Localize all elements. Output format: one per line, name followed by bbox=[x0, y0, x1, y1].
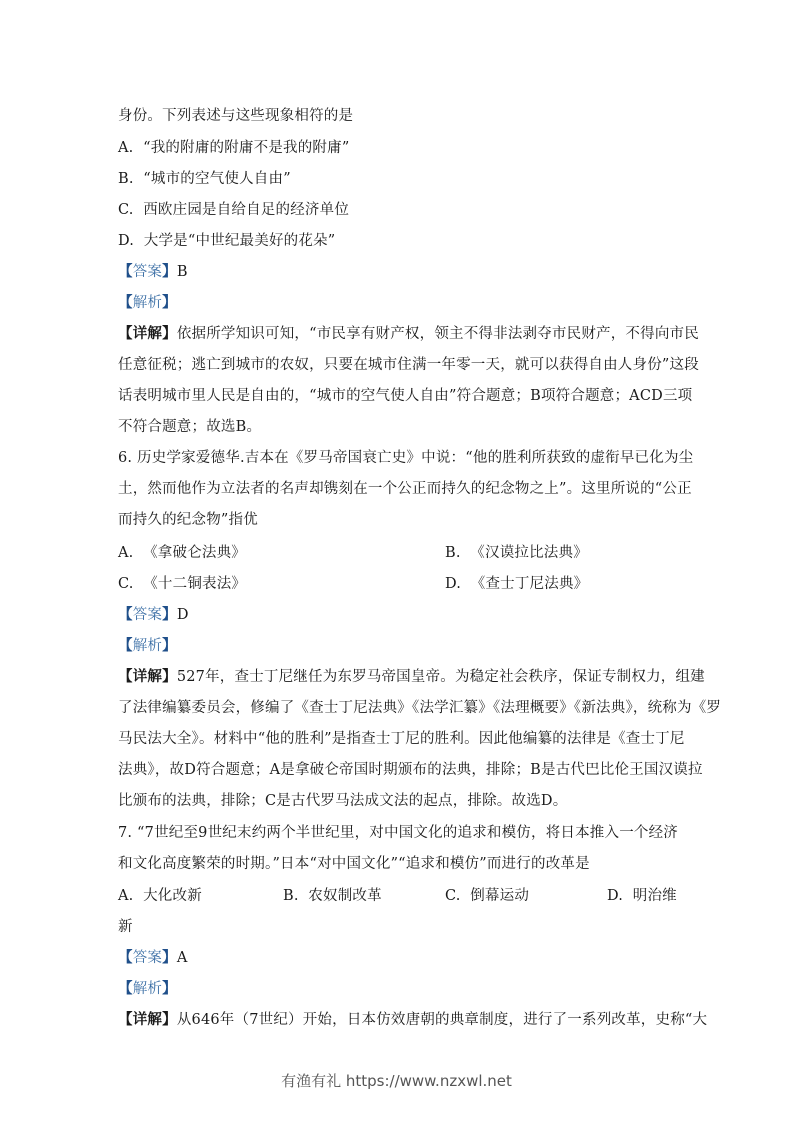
q6-detail-line-4: 法典》，故D符合题意；A是拿破仑帝国时期颁布的法典，排除；B是古代巴比伦王国汉谟… bbox=[118, 758, 703, 779]
question-6-stem-line-1: 6. 历史学家爱德华.吉本在《罗马帝国衰亡史》中说：“他的胜利所获致的虚衔早已化… bbox=[118, 446, 693, 467]
q6-option-c: C. 《十二铜表法》 bbox=[118, 572, 246, 593]
q6-detail-line-1: 【详解】527年，查士丁尼继任为东罗马帝国皇帝。为稳定社会秩序，保证专制权力，组… bbox=[118, 665, 705, 686]
q5-answer: 【答案】B bbox=[118, 260, 188, 281]
q5-option-a: A. “我的附庸的附庸不是我的附庸” bbox=[118, 136, 349, 157]
q7-option-d-wrap: 新 bbox=[118, 915, 133, 936]
q7-option-b: B. 农奴制改革 bbox=[283, 884, 382, 905]
q6-answer: 【答案】D bbox=[118, 603, 189, 624]
question-6-stem-line-2: 土，然而他作为立法者的名声却镌刻在一个公正而持久的纪念物之上”。这里所说的“公正 bbox=[118, 477, 692, 498]
question-6-stem-line-3: 而持久的纪念物”指优 bbox=[118, 508, 258, 529]
footer-watermark: 有渔有礼 https://www.nzxwl.net bbox=[0, 1070, 793, 1091]
q5-option-b: B. “城市的空气使人自由” bbox=[118, 167, 291, 188]
q7-detail-line-1: 【详解】从646年（7世纪）开始，日本仿效唐朝的典章制度，进行了一系列改革，史称… bbox=[118, 1008, 707, 1029]
q6-option-a: A. 《拿破仑法典》 bbox=[118, 541, 246, 562]
q5-option-d: D. 大学是“中世纪最美好的花朵” bbox=[118, 229, 335, 250]
q6-option-b: B. 《汉谟拉比法典》 bbox=[445, 541, 588, 562]
q7-option-a: A. 大化改新 bbox=[118, 884, 202, 905]
question-7-stem-line-1: 7. “7世纪至9世纪末约两个半世纪里，对中国文化的追求和模仿，将日本推入一个经… bbox=[118, 821, 678, 842]
question-5-stem: 身份。下列表述与这些现象相符的是 bbox=[118, 104, 353, 125]
q6-analysis-label: 【解析】 bbox=[118, 634, 177, 655]
q5-detail-line-4: 不符合题意；故选B。 bbox=[118, 415, 261, 436]
document-page: 身份。下列表述与这些现象相符的是 A. “我的附庸的附庸不是我的附庸” B. “… bbox=[0, 0, 793, 1122]
question-7-stem-line-2: 和文化高度繁荣的时期。”日本“对中国文化”“追求和模仿”而进行的改革是 bbox=[118, 852, 590, 873]
q5-analysis-label: 【解析】 bbox=[118, 291, 177, 312]
q6-detail-line-2: 了法律编纂委员会，修编了《查士丁尼法典》《法学汇纂》《法理概要》《新法典》，统称… bbox=[118, 696, 721, 717]
q7-option-c: C. 倒幕运动 bbox=[445, 884, 529, 905]
q6-detail-line-3: 马民法大全》。材料中“他的胜利”是指查士丁尼的胜利。因此他编纂的法律是《查士丁尼 bbox=[118, 727, 685, 748]
q6-detail-line-5: 比颁布的法典，排除；C是古代罗马法成文法的起点，排除。故选D。 bbox=[118, 789, 567, 810]
q7-answer: 【答案】A bbox=[118, 946, 187, 967]
q5-detail-line-3: 话表明城市里人民是自由的，“城市的空气使人自由”符合题意；B项符合题意；ACD三… bbox=[118, 384, 692, 405]
q5-detail-line-2: 任意征税；逃亡到城市的农奴，只要在城市住满一年零一天，就可以获得自由人身份”这段 bbox=[118, 353, 699, 374]
q5-detail-line-1: 【详解】依据所学知识可知，“市民享有财产权，领主不得非法剥夺市民财产，不得向市民 bbox=[118, 322, 699, 343]
q7-analysis-label: 【解析】 bbox=[118, 977, 177, 998]
q6-option-d: D. 《查士丁尼法典》 bbox=[445, 572, 588, 593]
q7-option-d: D. 明治维 bbox=[607, 884, 677, 905]
q5-option-c: C. 西欧庄园是自给自足的经济单位 bbox=[118, 198, 349, 219]
